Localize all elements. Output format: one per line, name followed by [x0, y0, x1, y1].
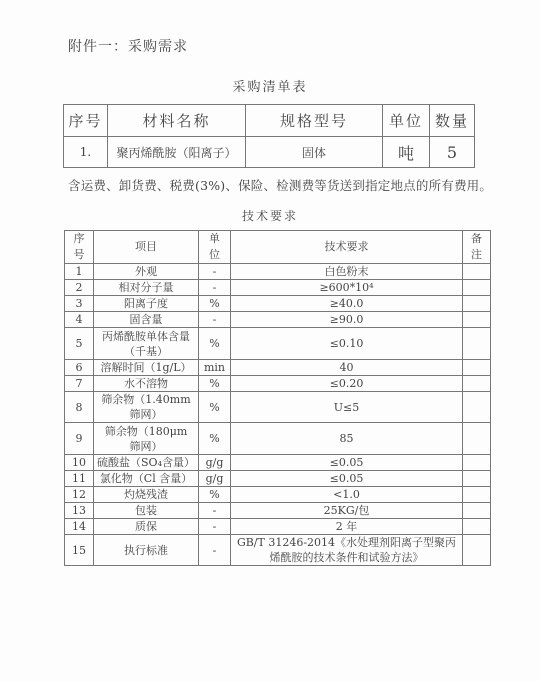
- cell-item: 筛余物（1.40mm 筛网）: [94, 392, 199, 423]
- cell-requirement: ≤0.10: [231, 328, 463, 360]
- table-row: 13包装-25KG/包: [65, 503, 491, 519]
- cell-item: 外观: [94, 264, 199, 280]
- attachment-title: 附件一：采购需求: [68, 36, 188, 56]
- cell-requirement: U≤5: [231, 392, 463, 423]
- cell-unit: %: [199, 487, 231, 503]
- cell-no: 11: [65, 471, 94, 487]
- cell-no: 9: [65, 423, 94, 455]
- cell-remark: [463, 519, 491, 535]
- cell-requirement: 40: [231, 360, 463, 376]
- table-row: 9筛余物（180μm 筛网）%85: [65, 423, 491, 455]
- table-row: 12灼烧残渣%<1.0: [65, 487, 491, 503]
- cell-unit: -: [199, 503, 231, 519]
- cell-name: 聚丙烯酰胺（阳离子）: [108, 137, 246, 168]
- header-name: 材料名称: [108, 105, 246, 137]
- table-row: 3阳离子度%≥40.0: [65, 296, 491, 312]
- cell-item: 包装: [94, 503, 199, 519]
- cell-unit: min: [199, 360, 231, 376]
- cell-unit: -: [199, 519, 231, 535]
- cell-no: 13: [65, 503, 94, 519]
- table-row: 1. 聚丙烯酰胺（阳离子） 固体 吨 5: [64, 137, 475, 168]
- header-requirement: 技术要求: [231, 231, 463, 264]
- cell-remark: [463, 535, 491, 566]
- cell-item: 水不溶物: [94, 376, 199, 392]
- cell-no: 6: [65, 360, 94, 376]
- table-row: 11氯化物（Cl 含量）g/g≤0.05: [65, 471, 491, 487]
- cell-remark: [463, 471, 491, 487]
- cost-note: 含运费、卸货费、税费(3%)、保险、检测费等货送到指定地点的所有费用。: [68, 176, 492, 194]
- cell-remark: [463, 264, 491, 280]
- header-remark: 备注: [463, 231, 491, 264]
- header-no: 序号: [65, 231, 94, 264]
- header-item: 项目: [94, 231, 199, 264]
- table-row: 10硫酸盐（SO₄含量）g/g≤0.05: [65, 455, 491, 471]
- tech-requirements-table: 序号 项目 单位 技术要求 备注 1外观-白色粉末 2相对分子量-≥600*10…: [64, 230, 491, 566]
- cell-unit: %: [199, 376, 231, 392]
- cell-requirement: 85: [231, 423, 463, 455]
- cell-requirement: ≥90.0: [231, 312, 463, 328]
- cell-unit: %: [199, 296, 231, 312]
- cell-no: 5: [65, 328, 94, 360]
- cell-item: 灼烧残渣: [94, 487, 199, 503]
- cell-item: 阳离子度: [94, 296, 199, 312]
- cell-item: 固含量: [94, 312, 199, 328]
- cell-remark: [463, 455, 491, 471]
- cell-no: 12: [65, 487, 94, 503]
- cell-remark: [463, 296, 491, 312]
- cell-requirement: ≤0.05: [231, 471, 463, 487]
- cell-no: 2: [65, 280, 94, 296]
- cell-no: 7: [65, 376, 94, 392]
- header-unit: 单位: [383, 105, 430, 137]
- table-row: 8筛余物（1.40mm 筛网）%U≤5: [65, 392, 491, 423]
- cell-requirement: ≥40.0: [231, 296, 463, 312]
- cell-requirement: 25KG/包: [231, 503, 463, 519]
- cell-unit: %: [199, 328, 231, 360]
- cell-requirement: GB/T 31246-2014《水处理剂阳离子型聚丙烯酰胺的技术条件和试验方法》: [231, 535, 463, 566]
- cell-unit: -: [199, 535, 231, 566]
- cell-no: 15: [65, 535, 94, 566]
- header-spec: 规格型号: [246, 105, 383, 137]
- tech-table-header: 序号 项目 单位 技术要求 备注: [65, 231, 491, 264]
- cell-requirement: ≤0.20: [231, 376, 463, 392]
- cell-no: 1.: [64, 137, 108, 168]
- table-row: 6溶解时间（1g/L）min40: [65, 360, 491, 376]
- cell-requirement: 白色粉末: [231, 264, 463, 280]
- table-row: 2相对分子量-≥600*10⁴: [65, 280, 491, 296]
- cell-item: 质保: [94, 519, 199, 535]
- cell-unit: %: [199, 423, 231, 455]
- cell-item: 相对分子量: [94, 280, 199, 296]
- table-row: 5丙烯酰胺单体含量（千基）%≤0.10: [65, 328, 491, 360]
- cell-item: 溶解时间（1g/L）: [94, 360, 199, 376]
- tech-table-title: 技术要求: [0, 207, 540, 224]
- cell-no: 8: [65, 392, 94, 423]
- cell-remark: [463, 280, 491, 296]
- cell-remark: [463, 487, 491, 503]
- cell-requirement: ≤0.05: [231, 455, 463, 471]
- purchase-table-header: 序号 材料名称 规格型号 单位 数量: [64, 105, 475, 137]
- purchase-table-title: 采购清单表: [0, 76, 540, 95]
- table-row: 1外观-白色粉末: [65, 264, 491, 280]
- cell-unit: -: [199, 280, 231, 296]
- cell-unit: g/g: [199, 471, 231, 487]
- table-row: 7水不溶物%≤0.20: [65, 376, 491, 392]
- header-no: 序号: [64, 105, 108, 137]
- cell-no: 1: [65, 264, 94, 280]
- table-row: 14质保-2 年: [65, 519, 491, 535]
- cell-unit: -: [199, 312, 231, 328]
- cell-remark: [463, 328, 491, 360]
- cell-no: 4: [65, 312, 94, 328]
- table-row: 4固含量-≥90.0: [65, 312, 491, 328]
- cell-remark: [463, 360, 491, 376]
- cell-item: 氯化物（Cl 含量）: [94, 471, 199, 487]
- cell-item: 硫酸盐（SO₄含量）: [94, 455, 199, 471]
- cell-no: 10: [65, 455, 94, 471]
- cell-unit: 吨: [383, 137, 430, 168]
- header-qty: 数量: [430, 105, 475, 137]
- cell-unit: g/g: [199, 455, 231, 471]
- header-unit: 单位: [199, 231, 231, 264]
- cell-spec: 固体: [246, 137, 383, 168]
- cell-item: 丙烯酰胺单体含量（千基）: [94, 328, 199, 360]
- cell-remark: [463, 392, 491, 423]
- cell-requirement: 2 年: [231, 519, 463, 535]
- cell-no: 3: [65, 296, 94, 312]
- cell-no: 14: [65, 519, 94, 535]
- cell-remark: [463, 503, 491, 519]
- cell-remark: [463, 423, 491, 455]
- cell-qty: 5: [430, 137, 475, 168]
- cell-requirement: <1.0: [231, 487, 463, 503]
- cell-remark: [463, 376, 491, 392]
- cell-remark: [463, 312, 491, 328]
- cell-item: 筛余物（180μm 筛网）: [94, 423, 199, 455]
- cell-unit: %: [199, 392, 231, 423]
- cell-unit: -: [199, 264, 231, 280]
- cell-item: 执行标准: [94, 535, 199, 566]
- cell-requirement: ≥600*10⁴: [231, 280, 463, 296]
- table-row: 15执行标准-GB/T 31246-2014《水处理剂阳离子型聚丙烯酰胺的技术条…: [65, 535, 491, 566]
- purchase-table: 序号 材料名称 规格型号 单位 数量 1. 聚丙烯酰胺（阳离子） 固体 吨 5: [63, 104, 475, 168]
